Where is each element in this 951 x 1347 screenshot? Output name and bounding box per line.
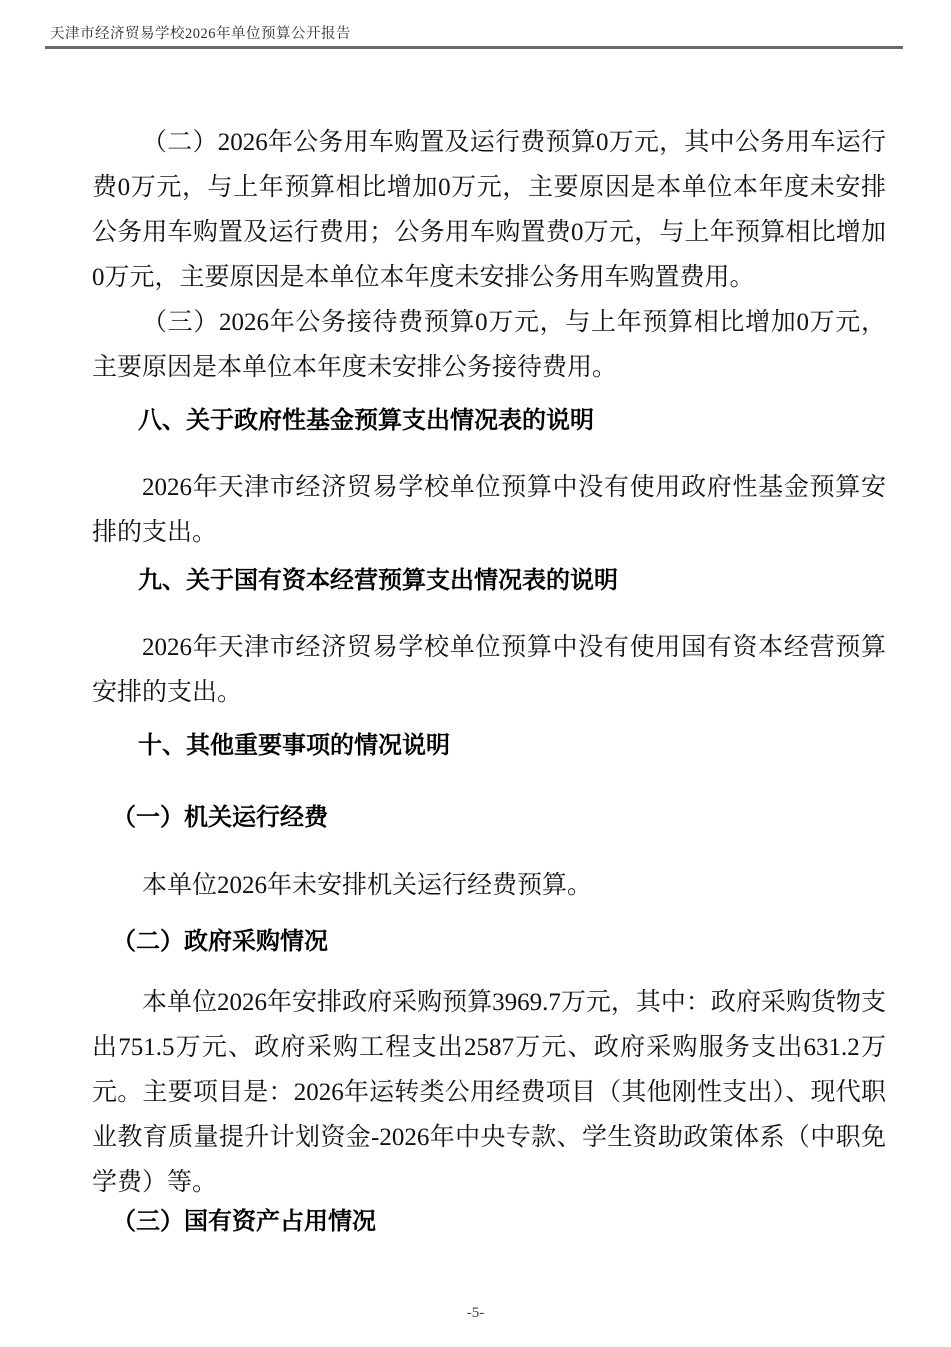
header-rule <box>45 46 903 49</box>
subheading-2-government-procurement: （二）政府采购情况 <box>92 920 906 965</box>
paragraph-official-vehicle-budget: （二）2026年公务用车购置及运行费预算0万元，其中公务用车运行费0万元，与上年… <box>92 120 886 300</box>
page-number: -5- <box>0 1305 951 1322</box>
section-heading-8-government-fund: 八、关于政府性基金预算支出情况表的说明 <box>92 398 932 443</box>
paragraph-government-procurement: 本单位2026年安排政府采购预算3969.7万元，其中：政府采购货物支出751.… <box>92 980 886 1205</box>
paragraph-operating-expenses: 本单位2026年未安排机关运行经费预算。 <box>92 863 886 908</box>
section-heading-9-state-capital: 九、关于国有资本经营预算支出情况表的说明 <box>92 558 932 603</box>
section-heading-10-other-matters: 十、其他重要事项的情况说明 <box>92 723 932 768</box>
document-page: 天津市经济贸易学校2026年单位预算公开报告 （二）2026年公务用车购置及运行… <box>0 0 951 1347</box>
document-header-title: 天津市经济贸易学校2026年单位预算公开报告 <box>50 24 351 44</box>
paragraph-state-capital: 2026年天津市经济贸易学校单位预算中没有使用国有资本经营预算安排的支出。 <box>92 625 886 715</box>
paragraph-government-fund: 2026年天津市经济贸易学校单位预算中没有使用政府性基金预算安排的支出。 <box>92 465 886 555</box>
paragraph-official-reception-budget: （三）2026年公务接待费预算0万元，与上年预算相比增加0万元，主要原因是本单位… <box>92 300 886 390</box>
subheading-1-operating-expenses: （一）机关运行经费 <box>92 796 906 841</box>
subheading-3-state-assets: （三）国有资产占用情况 <box>92 1200 906 1245</box>
